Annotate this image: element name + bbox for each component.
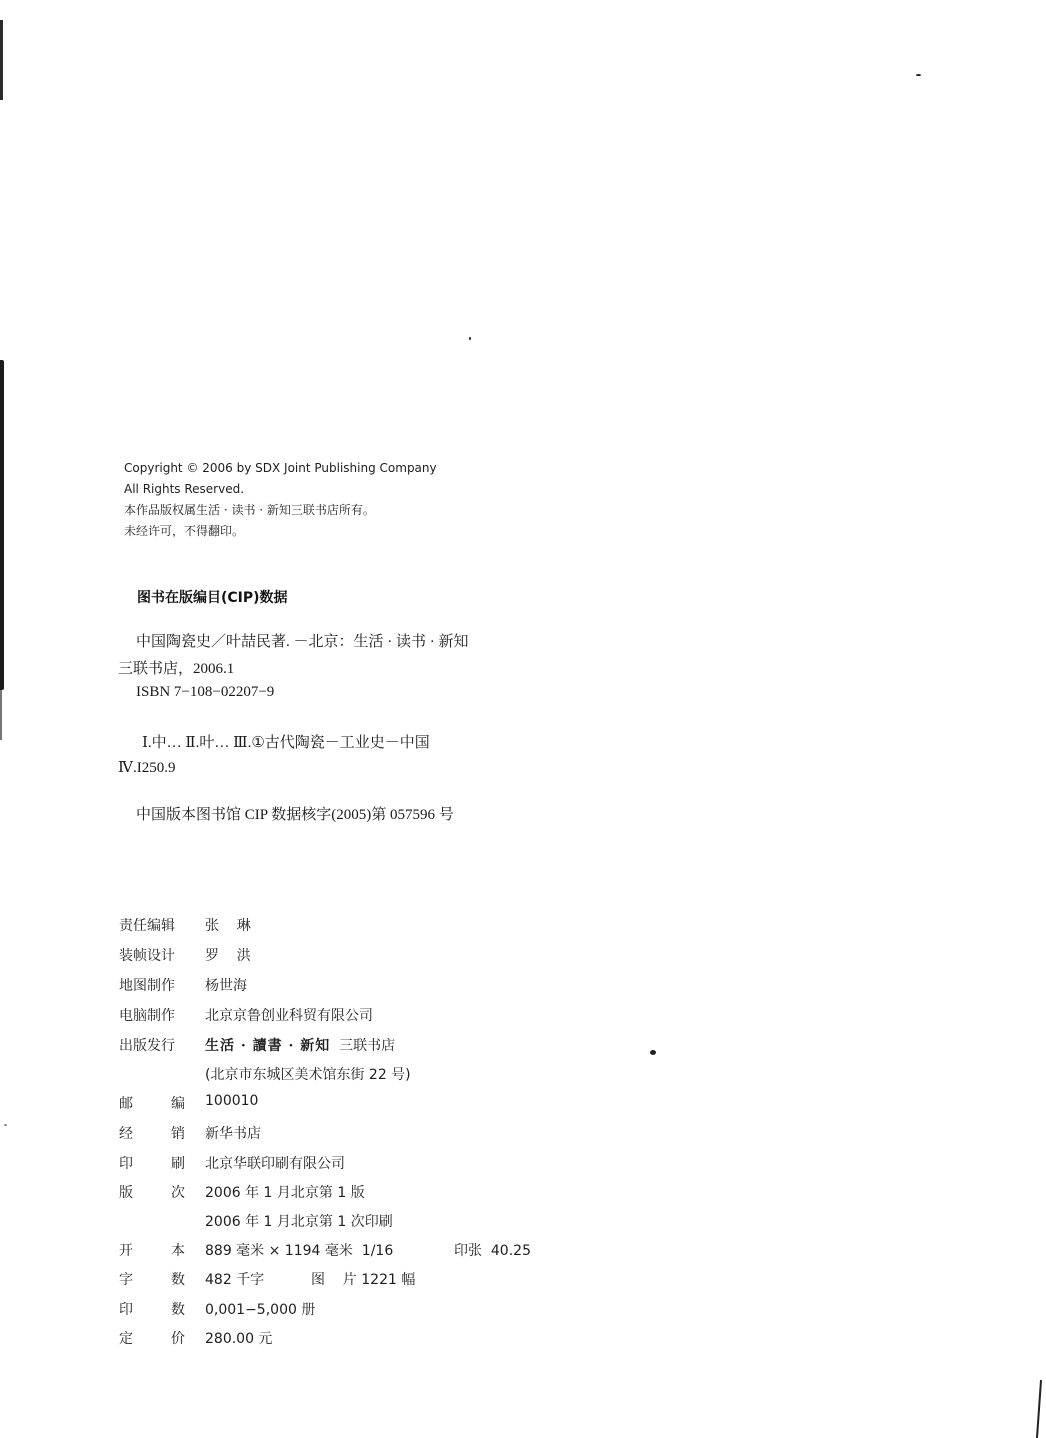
cip-heading: 图书在版编目(CIP)数据 xyxy=(137,587,288,607)
cip-subject-line: Ⅰ.中… Ⅱ.叶… Ⅲ.①古代陶瓷－工业史－中国 xyxy=(142,731,430,752)
label-char: 刷 xyxy=(171,1153,185,1173)
illustration-count: 图 片 1221 幅 xyxy=(311,1269,415,1289)
copyright-line-zh: 本作品版权属生活 · 读书 · 新知三联书店所有。 xyxy=(124,500,437,521)
label-char: 字 xyxy=(119,1269,133,1289)
row-value: 新华书店 xyxy=(205,1123,261,1143)
no-reprint-line: 未经许可，不得翻印。 xyxy=(124,521,437,542)
label-char: 数 xyxy=(171,1299,185,1319)
row-value: 0,001−5,000 册 xyxy=(205,1299,315,1319)
row-label: 开本 xyxy=(119,1240,185,1260)
row-label: 版次 xyxy=(119,1182,185,1202)
label-char: 价 xyxy=(171,1328,185,1348)
row-value: 100010 xyxy=(205,1093,258,1109)
row-label: 经销 xyxy=(119,1123,185,1143)
row-value: (北京市东城区美术馆东街 22 号) xyxy=(205,1064,411,1084)
label-char: 定 xyxy=(119,1328,133,1348)
row-label: 邮编 xyxy=(119,1093,185,1113)
rights-reserved-line: All Rights Reserved. xyxy=(124,479,437,500)
scan-edge-shadow xyxy=(0,360,4,690)
row-value: 280.00 元 xyxy=(205,1328,272,1348)
row-value: 2006 年 1 月北京第 1 次印刷 xyxy=(205,1211,393,1231)
cip-isbn: ISBN 7−108−02207−9 xyxy=(136,684,274,701)
book-copyright-page: Copyright © 2006 by SDX Joint Publishing… xyxy=(0,0,1046,1438)
publisher-name: 三联书店 xyxy=(339,1038,395,1054)
cip-publisher-line: 三联书店，2006.1 xyxy=(118,657,234,678)
row-value: 罗 洪 xyxy=(205,945,251,965)
row-label: 责任编辑 xyxy=(119,915,199,935)
row-label: 字数 xyxy=(119,1269,185,1289)
row-label: 定价 xyxy=(119,1328,185,1348)
scan-speck xyxy=(650,1050,656,1055)
label-char: 经 xyxy=(119,1123,133,1143)
label-char: 印 xyxy=(119,1299,133,1319)
label-char: 编 xyxy=(171,1093,185,1113)
label-char: 销 xyxy=(171,1123,185,1143)
printed-sheets: 印张 40.25 xyxy=(454,1240,531,1260)
copyright-line-en: Copyright © 2006 by SDX Joint Publishing… xyxy=(124,458,437,479)
label-char: 开 xyxy=(119,1240,133,1260)
row-value: 北京京鲁创业科贸有限公司 xyxy=(205,1005,373,1025)
row-label: 出版发行 xyxy=(119,1035,199,1055)
row-label: 印数 xyxy=(119,1299,185,1319)
scan-edge-shadow xyxy=(1036,1380,1042,1438)
scan-edge-shadow xyxy=(0,690,2,740)
cip-record-number: 中国版本图书馆 CIP 数据核字(2005)第 057596 号 xyxy=(136,803,454,824)
row-label: 地图制作 xyxy=(119,975,199,995)
label-char: 邮 xyxy=(119,1093,133,1113)
row-value: 482 千字 xyxy=(205,1269,264,1289)
copyright-notice: Copyright © 2006 by SDX Joint Publishing… xyxy=(124,458,437,542)
row-label: 电脑制作 xyxy=(119,1005,199,1025)
label-char: 版 xyxy=(119,1182,133,1202)
row-value: 2006 年 1 月北京第 1 版 xyxy=(205,1182,365,1202)
cip-title-line: 中国陶瓷史／叶喆民著. －北京：生活 · 读书 · 新知 xyxy=(136,630,469,651)
cip-classification: Ⅳ.I250.9 xyxy=(118,758,175,777)
publisher-logo-text: 生活 · 讀書 · 新知 xyxy=(205,1038,330,1054)
scan-speck xyxy=(469,337,471,340)
scan-speck xyxy=(916,74,921,76)
row-value: 889 毫米 × 1194 毫米 1/16 xyxy=(205,1240,393,1260)
row-value: 北京华联印刷有限公司 xyxy=(205,1153,345,1173)
row-label: 印刷 xyxy=(119,1153,185,1173)
row-value: 张 琳 xyxy=(205,915,251,935)
label-char: 次 xyxy=(171,1182,185,1202)
label-char: 本 xyxy=(171,1240,185,1260)
scan-edge-shadow xyxy=(0,20,3,100)
row-value: 杨世海 xyxy=(205,975,247,995)
row-value: 生活 · 讀書 · 新知 三联书店 xyxy=(205,1035,395,1055)
scan-speck xyxy=(4,1124,7,1126)
row-label: 装帧设计 xyxy=(119,945,199,965)
label-char: 印 xyxy=(119,1153,133,1173)
label-char: 数 xyxy=(171,1269,185,1289)
